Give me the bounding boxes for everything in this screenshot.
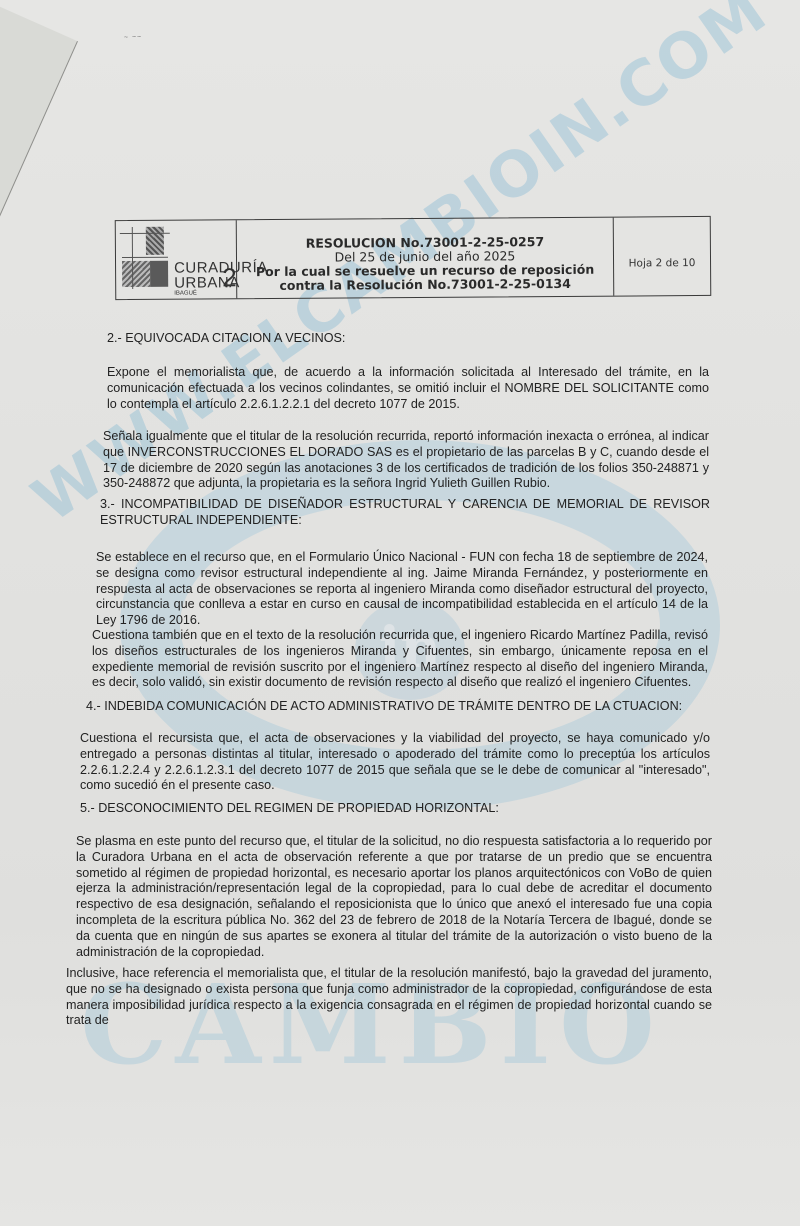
curaduria-logo: CURADURÍA URBANA IBAGUÉ 2 [116, 220, 238, 299]
logo-line-curaduria: CURADURÍA [174, 260, 268, 276]
handwritten-mark: ~ ~~ [124, 34, 142, 42]
logo-graphic-block [146, 227, 164, 255]
section-2-paragraph-2: Señala igualmente que el titular de la r… [103, 429, 709, 492]
section-heading-4: 4.- INDEBIDA COMUNICACIÓN DE ACTO ADMINI… [86, 699, 682, 715]
section-5-paragraph-1: Se plasma en este punto del recurso que,… [76, 834, 712, 960]
logo-graphic-line [122, 257, 168, 258]
section-2-paragraph-1: Expone el memorialista que, de acuerdo a… [107, 365, 709, 412]
section-3-paragraph-2: Cuestiona también que en el texto de la … [92, 628, 708, 691]
resolution-subject-line2: contra la Resolución No.73001-2-25-0134 [237, 277, 613, 294]
page-indicator: Hoja 2 de 10 [614, 217, 711, 296]
document-header-table: CURADURÍA URBANA IBAGUÉ 2 RESOLUCION No.… [115, 216, 712, 300]
logo-number: 2 [222, 264, 237, 290]
logo-graphic-block [150, 261, 168, 287]
section-5-paragraph-2: Inclusive, hace referencia el memorialis… [66, 966, 712, 1029]
resolution-title-block: RESOLUCION No.73001-2-25-0257 Del 25 de … [237, 218, 615, 299]
section-heading-2: 2.- EQUIVOCADA CITACION A VECINOS: [107, 331, 345, 347]
logo-text: CURADURÍA URBANA IBAGUÉ [174, 260, 268, 298]
page-edge-shadow [0, 0, 78, 681]
logo-graphic-block [122, 261, 150, 287]
logo-line-urbana: URBANA [174, 275, 268, 291]
section-4-paragraph-1: Cuestiona el recursista que, el acta de … [80, 731, 710, 794]
document-page: ~ ~~ in WWW.ELCAMBIOIN.COM CAMBIO CURADU… [0, 0, 800, 1226]
logo-graphic-line [132, 227, 133, 289]
section-3-paragraph-1: Se establece en el recurso que, en el Fo… [96, 550, 708, 629]
section-heading-3: 3.- INCOMPATIBILIDAD DE DISEÑADOR ESTRUC… [100, 497, 710, 529]
section-heading-5: 5.- DESCONOCIMIENTO DEL REGIMEN DE PROPI… [80, 801, 499, 817]
